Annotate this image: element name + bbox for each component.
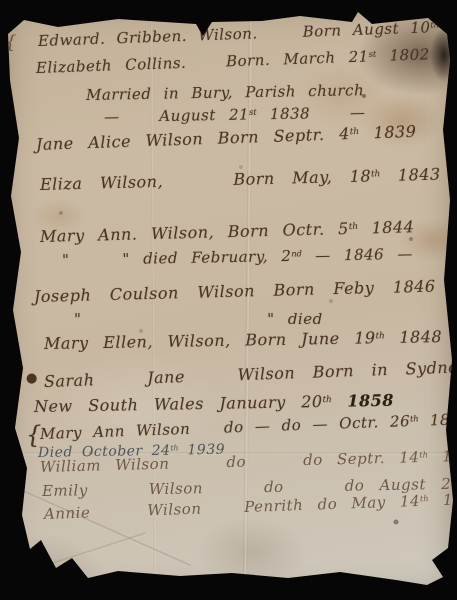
photo-background: {Edward. Gribben. Wilson. Born Augst 10t… — [0, 0, 457, 600]
line-marriage-date: — August 21st 1838 — — [104, 104, 366, 125]
line-jane-alice-born: Jane Alice Wilson Born Septr. 4th 1839 — [36, 123, 417, 154]
arrow-mark: » — [17, 458, 27, 475]
line-eliza-born: Eliza Wilson, Born May, 18th 1843 — [40, 166, 441, 194]
line-mary-ann-2-born: Mary Ann Wilson do — do — Octr. 26th 185… — [40, 411, 457, 443]
line-sarah-jane-date: New South Wales January 20th 1858 — [34, 392, 394, 416]
line-elizabeth-collins-born: Elizabeth Collins. Born. March 21st 1802 — [36, 46, 430, 76]
line-married-bury-parish: Married in Bury, Parish church — [86, 82, 364, 103]
margin-curl-mark: { — [5, 33, 17, 53]
paper: {Edward. Gribben. Wilson. Born Augst 10t… — [0, 0, 457, 600]
dark-smudge-top-right — [430, 28, 457, 82]
line-joseph-died: " " died — [74, 311, 323, 328]
line-edward-wilson-born: Edward. Gribben. Wilson. Born Augst 10th… — [38, 17, 457, 49]
paper-stain-speckles — [0, 0, 2, 2]
line-mary-ann-died: " " died February, 2nd — 1846 — — [62, 246, 413, 269]
line-mary-ellen-born: Mary Ellen, Wilson, Born June 19th 1848 — [44, 328, 442, 353]
line-joseph-coulson-born: Joseph Coulson Wilson Born Feby 1846 — [34, 277, 436, 305]
paper-crease-bottom-left-2 — [0, 532, 146, 590]
ink-blot: ● — [26, 372, 38, 386]
line-sarah-jane-born-sydney: Sarah Jane Wilson Born in Sydney — [44, 358, 457, 390]
line-mary-ann-born: Mary Ann. Wilson, Born Octr. 5th 1844 — [40, 218, 415, 245]
